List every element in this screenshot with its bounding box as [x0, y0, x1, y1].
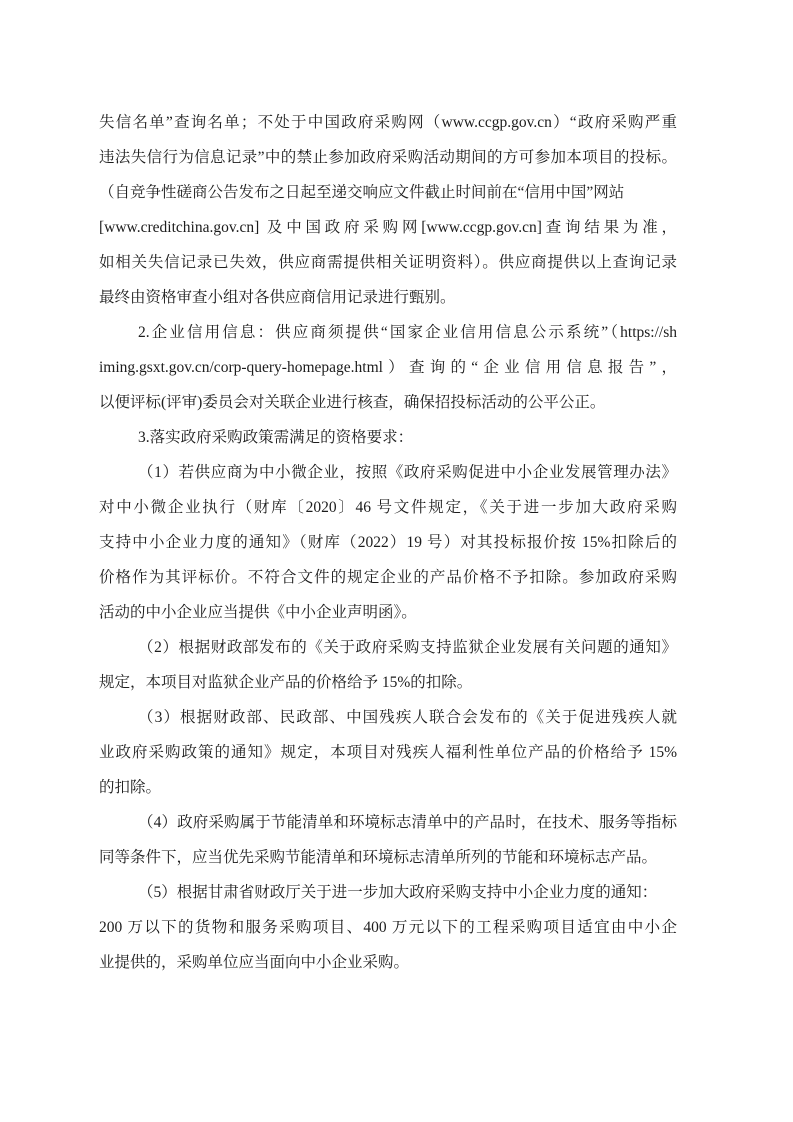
text-line: （自竞争性磋商公告发布之日起至递交响应文件截止时间前在“信用中国”网站	[99, 175, 677, 210]
text-line: 200 万以下的货物和服务采购项目、400 万元以下的工程采购项目适宜由中小企	[99, 910, 677, 945]
text-line: 业政府采购政策的通知》规定，本项目对残疾人福利性单位产品的价格给予 15%	[99, 735, 677, 770]
text-line: 对中小微企业执行（财库〔2020〕46 号文件规定，《关于进一步加大政府采购	[99, 490, 677, 525]
paragraph: （1）若供应商为中小微企业，按照《政府采购促进中小企业发展管理办法》对中小微企业…	[99, 455, 677, 630]
paragraph: （3）根据财政部、民政部、中国残疾人联合会发布的《关于促进残疾人就业政府采购政策…	[99, 700, 677, 805]
text-line: 2.企业信用信息：供应商须提供“国家企业信用信息公示系统”（https://sh	[99, 315, 677, 350]
text-line: 同等条件下，应当优先采购节能清单和环境标志清单所列的节能和环境标志产品。	[99, 840, 677, 875]
paragraph: 2.企业信用信息：供应商须提供“国家企业信用信息公示系统”（https://sh…	[99, 315, 677, 420]
text-line: 的扣除。	[99, 770, 677, 805]
text-line: 如相关失信记录已失效，供应商需提供相关证明资料）。供应商提供以上查询记录	[99, 245, 677, 280]
paragraph: 失信名单”查询名单；不处于中国政府采购网（www.ccgp.gov.cn）“政府…	[99, 105, 677, 315]
text-line: 规定，本项目对监狱企业产品的价格给予 15%的扣除。	[99, 665, 677, 700]
paragraph: （4）政府采购属于节能清单和环境标志清单中的产品时，在技术、服务等指标同等条件下…	[99, 805, 677, 875]
paragraph: 3.落实政府采购政策需满足的资格要求：	[99, 420, 677, 455]
text-line: （3）根据财政部、民政部、中国残疾人联合会发布的《关于促进残疾人就	[99, 700, 677, 735]
text-line: （1）若供应商为中小微企业，按照《政府采购促进中小企业发展管理办法》	[99, 455, 677, 490]
text-line: 活动的中小企业应当提供《中小企业声明函》。	[99, 595, 677, 630]
text-line: 业提供的，采购单位应当面向中小企业采购。	[99, 945, 677, 980]
text-line: （4）政府采购属于节能清单和环境标志清单中的产品时，在技术、服务等指标	[99, 805, 677, 840]
document-page: 失信名单”查询名单；不处于中国政府采购网（www.ccgp.gov.cn）“政府…	[0, 0, 793, 1122]
paragraph: （5）根据甘肃省财政厅关于进一步加大政府采购支持中小企业力度的通知：200 万以…	[99, 875, 677, 980]
text-line: （5）根据甘肃省财政厅关于进一步加大政府采购支持中小企业力度的通知：	[99, 875, 677, 910]
text-line: 支持中小企业力度的通知》（财库（2022）19 号）对其投标报价按 15%扣除后…	[99, 525, 677, 560]
text-line: 最终由资格审查小组对各供应商信用记录进行甄别。	[99, 280, 677, 315]
text-block: 失信名单”查询名单；不处于中国政府采购网（www.ccgp.gov.cn）“政府…	[99, 105, 677, 980]
paragraph: （2）根据财政部发布的《关于政府采购支持监狱企业发展有关问题的通知》规定，本项目…	[99, 630, 677, 700]
text-line: 以便评标(评审)委员会对关联企业进行核查，确保招投标活动的公平公正。	[99, 385, 677, 420]
text-line: 价格作为其评标价。不符合文件的规定企业的产品价格不予扣除。参加政府采购	[99, 560, 677, 595]
text-line: （2）根据财政部发布的《关于政府采购支持监狱企业发展有关问题的通知》	[99, 630, 677, 665]
text-line: [www.creditchina.gov.cn] 及中国政府采购网[www.cc…	[99, 210, 677, 245]
text-line: 违法失信行为信息记录”中的禁止参加政府采购活动期间的方可参加本项目的投标。	[99, 140, 677, 175]
text-line: 3.落实政府采购政策需满足的资格要求：	[99, 420, 677, 455]
text-line: iming.gsxt.gov.cn/corp-query-homepage.ht…	[99, 350, 677, 385]
text-line: 失信名单”查询名单；不处于中国政府采购网（www.ccgp.gov.cn）“政府…	[99, 105, 677, 140]
